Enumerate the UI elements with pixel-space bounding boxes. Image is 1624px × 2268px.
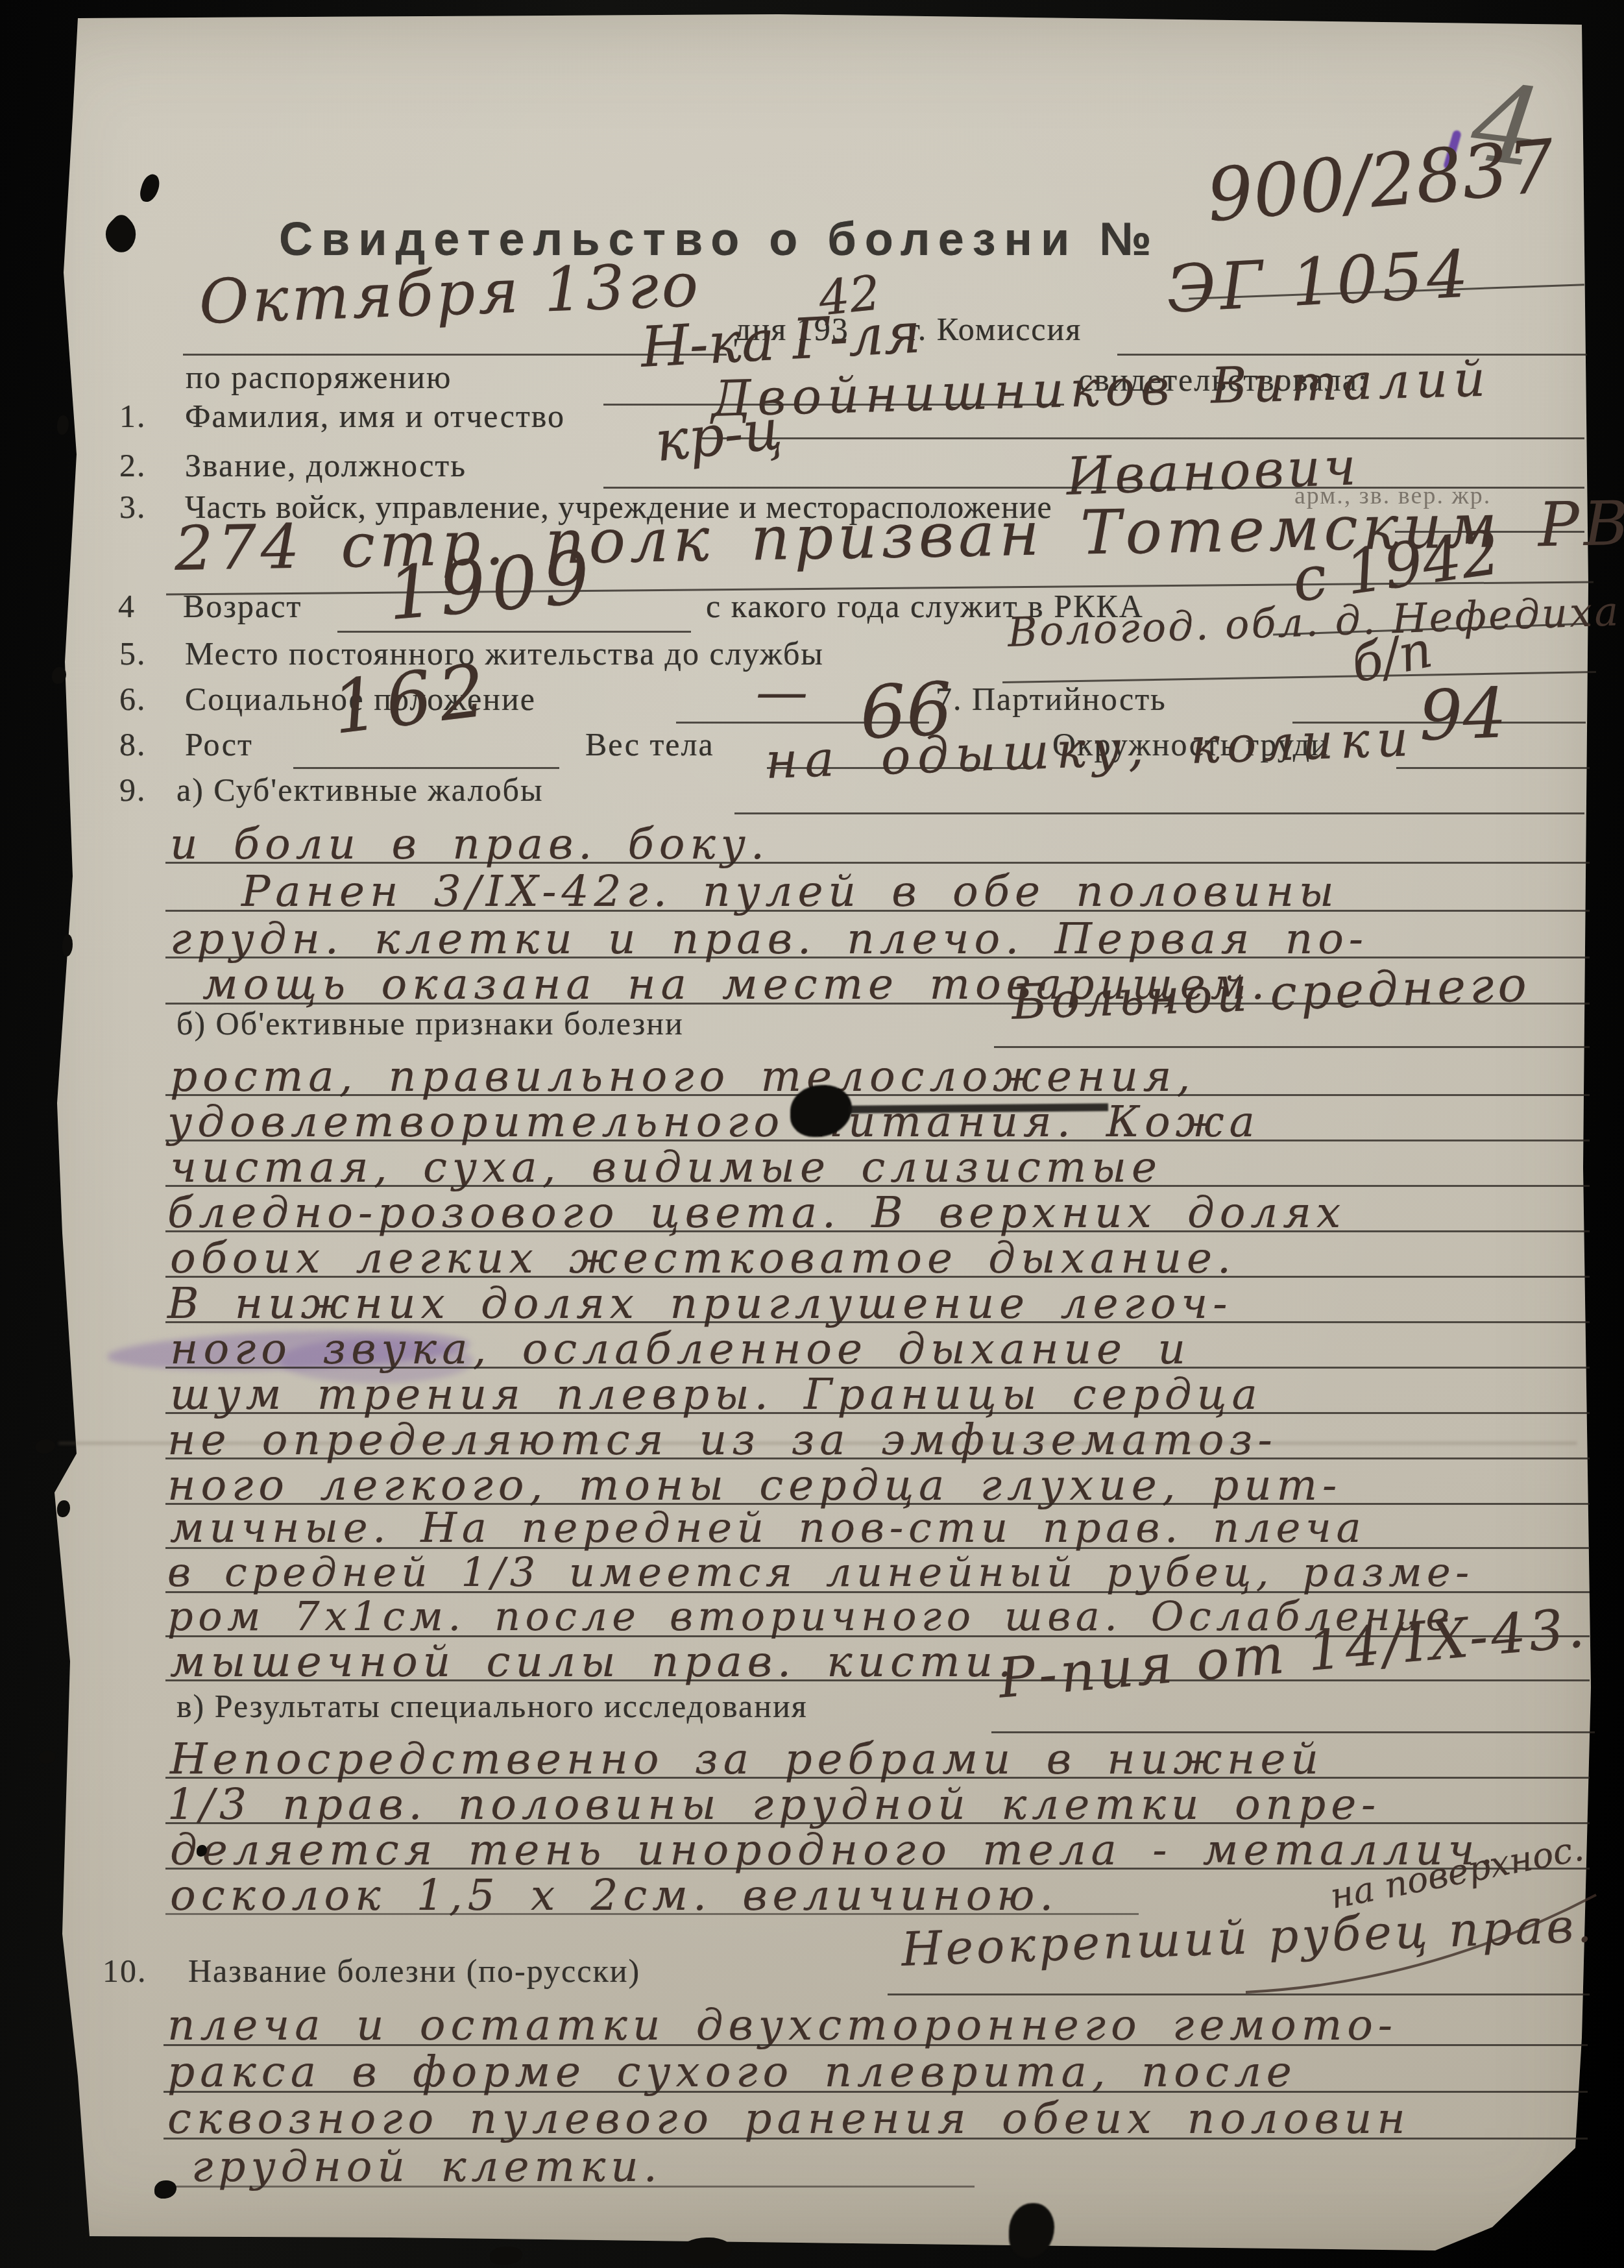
underline	[165, 1230, 1590, 1232]
field6-value: —	[756, 662, 808, 722]
field10-number: 10.	[103, 1952, 147, 1990]
field4-label: Возраст	[183, 587, 302, 625]
field9-number: 9.	[119, 771, 147, 809]
diagnosis-line: сквозного пулевого ранения обеих половин	[167, 2093, 1411, 2143]
edge-mark	[39, 1751, 56, 1764]
diagnosis-line: плеча и остатки двухстороннего гемото-	[167, 2000, 1398, 2050]
underline	[165, 862, 1590, 864]
underline	[165, 1412, 1590, 1414]
underline	[165, 910, 1590, 912]
underline	[165, 1140, 1590, 1141]
complaints-label: а) Суб'ективные жалобы	[176, 771, 543, 809]
commission-number: ЭГ 1054	[1165, 236, 1473, 327]
document-title: Свидетельство о болезни №	[279, 213, 1160, 266]
edge-mark	[57, 415, 69, 435]
field2-label: Звание, должность	[185, 446, 467, 484]
objective-label: б) Об'ективные признаки болезни	[176, 1005, 684, 1042]
field7-label: 7. Партийность	[936, 680, 1167, 718]
objective-line: в средней 1/3 имеется линейный рубец, ра…	[167, 1548, 1474, 1596]
order-printed-a: по распоряжению	[186, 358, 452, 396]
underline	[991, 1731, 1595, 1733]
diagnosis-line: грудной клетки.	[191, 2141, 662, 2191]
field4-number: 4	[118, 587, 136, 625]
underline	[165, 1822, 1590, 1824]
underline	[702, 437, 1584, 439]
edge-mark	[52, 667, 66, 684]
field8-value-chest: 94	[1418, 673, 1508, 756]
underline	[165, 1777, 1590, 1779]
underline	[165, 1094, 1590, 1096]
field5-label: Место постоянного жительства до службы	[185, 635, 824, 672]
underline	[164, 2186, 975, 2188]
field8-label: Рост	[185, 726, 253, 763]
scanned-document: 4 Свидетельство о болезни № 900/2837 Окт…	[0, 0, 1624, 2268]
field6-number: 6.	[119, 680, 147, 718]
field2-number: 2.	[119, 446, 147, 484]
edge-blot	[490, 2247, 522, 2265]
field8-number: 8.	[119, 726, 147, 763]
underline	[164, 2044, 1588, 2046]
field8-label2: Вес тела	[585, 726, 714, 763]
ink-blot	[1009, 2203, 1054, 2258]
field4-value: 1909	[384, 535, 599, 637]
underline	[165, 1321, 1590, 1323]
underline	[164, 2091, 1588, 2093]
diagnosis-label: Название болезни (по-русски)	[188, 1952, 640, 1990]
underline	[994, 1046, 1590, 1048]
edge-mark	[36, 1439, 55, 1454]
field1-number: 1.	[119, 397, 147, 435]
field5-number: 5.	[119, 635, 147, 672]
objective-line: мичные. На передней пов-сти прав. плеча	[170, 1504, 1366, 1552]
underline	[165, 1367, 1590, 1369]
underline	[165, 1185, 1590, 1187]
underline	[1396, 767, 1590, 769]
diagnosis-line: ракса в форме сухого плеврита, после	[167, 2047, 1297, 2097]
complaints-line: Ранен 3/IX-42г. пулей в обе половины	[241, 866, 1339, 916]
underline	[165, 1679, 1590, 1681]
underline	[293, 767, 559, 769]
underline	[164, 2138, 1588, 2140]
field2-value: кр-ц	[652, 397, 785, 475]
underline	[165, 1913, 1139, 1915]
special-label: в) Результаты специального исследования	[176, 1687, 808, 1725]
field3-number: 3.	[119, 488, 147, 526]
underline	[165, 1276, 1590, 1278]
underline	[337, 631, 691, 633]
underline	[165, 957, 1590, 958]
underline	[888, 1994, 1590, 1995]
date-printed-b: г. Комиссия	[907, 310, 1082, 348]
underline	[165, 1457, 1590, 1459]
field1-label: Фамилия, имя и отчество	[185, 397, 565, 435]
edge-blot	[680, 2238, 732, 2265]
underline	[734, 812, 1584, 814]
